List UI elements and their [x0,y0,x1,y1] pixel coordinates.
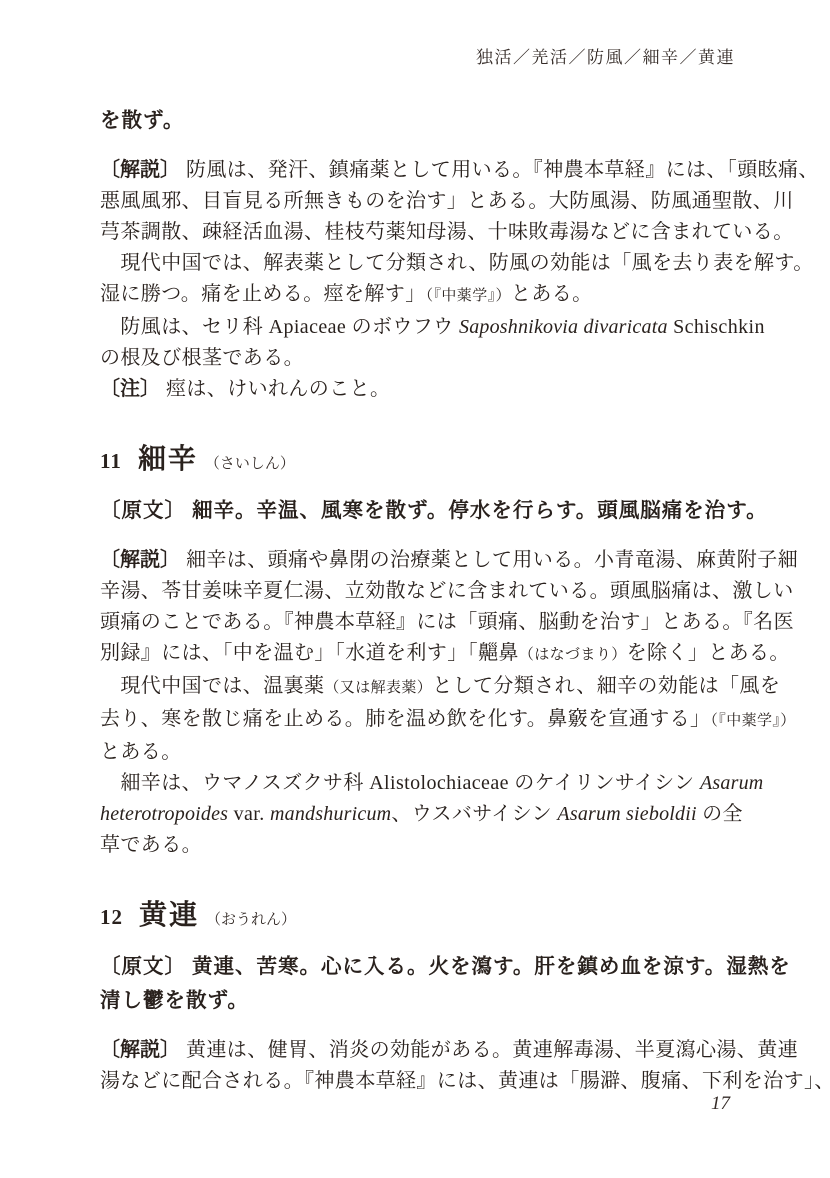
commentary-block: 〔解説〕黄連は、健胃、消炎の効能がある。黄連解毒湯、半夏瀉心湯、黄連湯などに配合… [100,1035,735,1097]
running-head: 独活／羌活／防風／細辛／黄連 [100,46,735,70]
inline-label: 〔注〕 [100,378,160,400]
text-segment: 去り、寒を散じ痛を止める。肺を温め飲を化す。鼻竅を宣通する」 [100,708,710,730]
text-segment: （『中薬学』） [710,713,795,729]
heading-number: 11 [100,443,122,479]
text-segment: を散ず。 [100,109,184,132]
text-segment: mandshuricum [270,803,391,825]
text-segment: 頭痛のことである。『神農本草経』には「頭痛、脳動を治す」とある。『名医 [100,611,794,633]
text-line: 別録』には、「中を温む」「水道を利す」「齆鼻（はなづまり）を除く」とある。 [100,638,735,671]
book-page: 独活／羌活／防風／細辛／黄連 を散ず。〔解説〕防風は、発汗、鎮痛薬として用いる。… [0,0,830,1178]
text-segment: 芎茶調散、疎経活血湯、桂枝芍薬知母湯、十味敗毒湯などに含まれている。 [100,221,794,243]
text-line: を散ず。 [100,104,735,138]
text-segment: 、ウスバサイシン [391,803,557,825]
heading-reading: （さいしん） [205,446,295,482]
text-segment: 湿に勝つ。痛を止める。痙を解す」 [100,283,426,305]
text-segment: （又は解表薬） [324,680,432,696]
text-segment: Schischkin [668,316,765,338]
inline-label: 〔原文〕 [100,499,186,522]
text-line: とある。 [100,737,735,768]
original-text-block: を散ず。 [100,104,735,138]
text-segment: 別録』には、「中を温む」「水道を利す」「齆鼻 [100,642,519,664]
text-line: 〔注〕痙は、けいれんのこと。 [100,374,735,405]
original-text-block: 〔原文〕細辛。辛温、風寒を散ず。停水を行らす。頭風脳痛を治す。 [100,494,735,528]
inline-label: 〔解説〕 [100,159,180,181]
text-segment: 悪風風邪、目盲見る所無きものを治す」とある。大防風湯、防風通聖散、川 [100,190,794,212]
text-segment: 黄連、苦寒。心に入る。火を瀉す。肝を鎮め血を涼す。湿熱を [192,955,791,978]
text-segment: とある。 [100,741,182,763]
inline-label: 〔解説〕 [100,549,180,571]
text-segment: （はなづまり） [519,647,627,663]
text-line: 〔原文〕黄連、苦寒。心に入る。火を瀉す。肝を鎮め血を涼す。湿熱を [100,950,735,984]
text-line: 現代中国では、温裏薬（又は解表薬）として分類され、細辛の効能は「風を [100,671,735,704]
text-segment: 湯などに配合される。『神農本草経』には、黄連は「腸澼、腹痛、下利を治す」、 [100,1070,830,1092]
page-content: を散ず。〔解説〕防風は、発汗、鎮痛薬として用いる。『神農本草経』には、「頭眩痛、… [100,104,735,1097]
text-line: 草である。 [100,830,735,861]
text-segment: として分類され、細辛の効能は「風を [432,675,780,697]
commentary-block: 〔解説〕細辛は、頭痛や鼻閉の治療薬として用いる。小青竜湯、麻黄附子細辛湯、苓甘姜… [100,545,735,861]
text-segment: 細辛。辛温、風寒を散ず。停水を行らす。頭風脳痛を治す。 [192,499,768,522]
text-segment: Saposhnikovia divaricata [459,316,668,338]
text-segment: 細辛は、頭痛や鼻閉の治療薬として用いる。小青竜湯、麻黄附子細 [186,549,798,571]
text-segment: 辛湯、苓甘姜味辛夏仁湯、立効散などに含まれている。頭風脳痛は、激しい [100,580,794,602]
text-line: 現代中国では、解表薬として分類され、防風の効能は「風を去り表を解す。 [100,248,735,279]
text-segment: （『中薬学』） [426,288,511,304]
section-heading: 11細辛（さいしん） [100,441,735,482]
text-segment: の全 [697,803,743,825]
text-segment: 草である。 [100,834,202,856]
text-line: 湿に勝つ。痛を止める。痙を解す」（『中薬学』）とある。 [100,279,735,312]
text-segment: の根及び根茎である。 [100,347,304,369]
text-line: 〔解説〕細辛は、頭痛や鼻閉の治療薬として用いる。小青竜湯、麻黄附子細 [100,545,735,576]
text-line: 頭痛のことである。『神農本草経』には「頭痛、脳動を治す」とある。『名医 [100,607,735,638]
text-line: 悪風風邪、目盲見る所無きものを治す」とある。大防風湯、防風通聖散、川 [100,186,735,217]
original-text-block: 〔原文〕黄連、苦寒。心に入る。火を瀉す。肝を鎮め血を涼す。湿熱を清し鬱を散ず。 [100,950,735,1018]
text-line: 辛湯、苓甘姜味辛夏仁湯、立効散などに含まれている。頭風脳痛は、激しい [100,576,735,607]
heading-title: 細辛 [138,441,198,477]
section-heading: 12黄連（おうれん） [100,897,735,938]
text-segment: heterotropoides [100,803,228,825]
text-segment: 防風は、発汗、鎮痛薬として用いる。『神農本草経』には、「頭眩痛、 [186,159,819,181]
text-line: の根及び根茎である。 [100,343,735,374]
text-line: 防風は、セリ科 Apiaceae のボウフウ Saposhnikovia div… [100,312,735,343]
text-segment: Asarum sieboldii [557,803,696,825]
text-segment: 現代中国では、解表薬として分類され、防風の効能は「風を去り表を解す。 [100,252,814,274]
inline-label: 〔解説〕 [100,1039,180,1061]
text-segment: 清し鬱を散ず。 [100,989,249,1012]
heading-title: 黄連 [139,897,199,933]
text-segment: 痙は、けいれんのこと。 [166,378,390,400]
text-line: 〔解説〕防風は、発汗、鎮痛薬として用いる。『神農本草経』には、「頭眩痛、 [100,155,735,186]
text-line: heterotropoides var. mandshuricum、ウスバサイシ… [100,799,735,830]
text-line: 芎茶調散、疎経活血湯、桂枝芍薬知母湯、十味敗毒湯などに含まれている。 [100,217,735,248]
text-line: 去り、寒を散じ痛を止める。肺を温め飲を化す。鼻竅を宣通する」（『中薬学』） [100,704,735,737]
text-segment: var. [228,803,270,825]
text-line: 湯などに配合される。『神農本草経』には、黄連は「腸澼、腹痛、下利を治す」、 [100,1066,735,1097]
text-segment: 防風は、セリ科 Apiaceae のボウフウ [100,316,459,338]
commentary-block: 〔解説〕防風は、発汗、鎮痛薬として用いる。『神農本草経』には、「頭眩痛、悪風風邪… [100,155,735,405]
text-segment: 黄連は、健胃、消炎の効能がある。黄連解毒湯、半夏瀉心湯、黄連 [186,1039,798,1061]
text-segment: を除く」とある。 [627,642,790,664]
text-line: 清し鬱を散ず。 [100,984,735,1018]
heading-number: 12 [100,899,123,935]
text-line: 細辛は、ウマノスズクサ科 Alistolochiaceae のケイリンサイシン … [100,768,735,799]
page-number: 17 [711,1093,730,1115]
text-line: 〔解説〕黄連は、健胃、消炎の効能がある。黄連解毒湯、半夏瀉心湯、黄連 [100,1035,735,1066]
inline-label: 〔原文〕 [100,955,186,978]
text-segment: 現代中国では、温裏薬 [100,675,324,697]
text-line: 〔原文〕細辛。辛温、風寒を散ず。停水を行らす。頭風脳痛を治す。 [100,494,735,528]
heading-reading: （おうれん） [206,902,296,938]
text-segment: とある。 [511,283,593,305]
text-segment: 細辛は、ウマノスズクサ科 Alistolochiaceae のケイリンサイシン [100,772,700,794]
text-segment: Asarum [700,772,763,794]
